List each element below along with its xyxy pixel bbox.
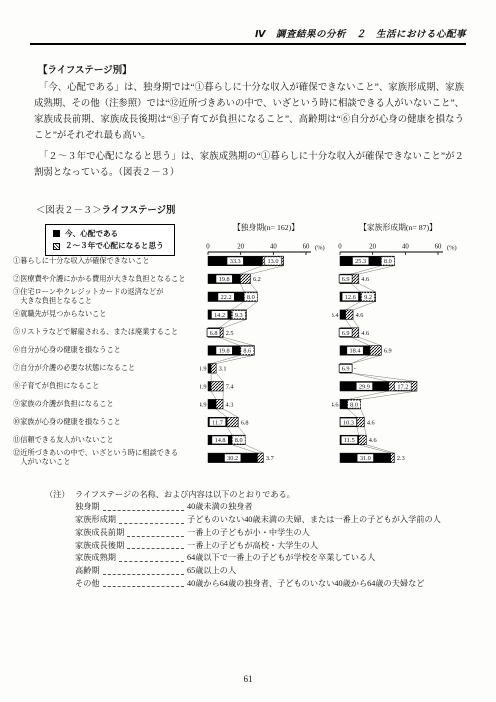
svg-text:(%): (%) [315, 244, 325, 251]
category-label: ⑪信頼できる友人がいないこと [12, 431, 200, 449]
figure-caption-title: ライフステージ別 [102, 204, 176, 215]
leader-line [119, 514, 184, 524]
chart-singles-period: 【独身期(n= 162)】 0204060(%)33.313.019.86.22… [200, 222, 332, 475]
bar-chart: 0204060(%)33.313.019.86.222.28.014.29.36… [200, 236, 332, 470]
svg-text:40: 40 [270, 243, 277, 250]
category-label: ⑫近所づきあいの中で、いざという時に相談できる 人がいないこと [12, 449, 200, 467]
category-label: ⑥自分が心身の健康を損なうこと [12, 341, 200, 359]
svg-text:9.3: 9.3 [235, 312, 243, 319]
svg-text:7.4: 7.4 [226, 383, 235, 390]
lifestage-term: 家族形成期 [75, 514, 116, 527]
leader-line [103, 501, 184, 511]
svg-text:6.2: 6.2 [253, 276, 261, 283]
svg-text:14.2: 14.2 [214, 312, 225, 319]
svg-text:60: 60 [303, 243, 310, 250]
svg-text:1.9: 1.9 [200, 383, 207, 390]
footnote-tag: （注） [45, 489, 75, 502]
svg-text:20: 20 [237, 243, 244, 250]
legend-label-now: 今、心配である [65, 228, 118, 240]
svg-text:4.3: 4.3 [226, 401, 234, 408]
lifestage-description: 40歳から64歳の独身者、子どものいない40歳から64歳の夫婦など [187, 578, 466, 591]
paragraph-2: 「２～３年で心配になると思う」は、家族成熟期の“①暮らしに十分な収入が確保できな… [34, 150, 464, 182]
svg-text:6.8: 6.8 [210, 330, 218, 337]
svg-text:12.6: 12.6 [345, 294, 356, 301]
lifestage-definition-row: 家族成長前期一番上の子どもが小・中学生の人 [75, 527, 466, 540]
svg-text:11.5: 11.5 [344, 437, 355, 444]
svg-text:6.9: 6.9 [342, 366, 350, 373]
chart-legend: 今、心配である ２～３年で心配になると思う [45, 224, 175, 256]
paragraph-1: 「今、心配である」は、独身期では“①暮らしに十分な収入が確保できないこと”、家族… [34, 81, 464, 145]
legend-solid-swatch-icon [53, 230, 60, 237]
legend-item-now: 今、心配である [53, 228, 164, 240]
leader-line [119, 552, 184, 562]
svg-text:19.8: 19.8 [219, 276, 230, 283]
leader-line [103, 565, 184, 575]
leader-line [103, 578, 184, 588]
lifestage-description: 64歳以下で一番上の子どもが学校を卒業している人 [187, 552, 466, 565]
legend-label-future: ２～３年で心配になると思う [65, 240, 164, 252]
lifestage-term: 家族成熟期 [75, 552, 116, 565]
report-page: Ⅳ 調査結果の分析 ２ 生活における心配事 【ライフステージ別】 「今、心配であ… [0, 0, 496, 702]
svg-text:25.3: 25.3 [355, 258, 366, 265]
svg-text:6.8: 6.8 [241, 419, 249, 426]
footnote-intro: （注） ライフステージの名称、および内容は以下のとおりである。 [45, 489, 466, 502]
svg-text:3.1: 3.1 [219, 366, 227, 373]
svg-text:4.6: 4.6 [369, 437, 377, 444]
category-label: ⑦自分が介護の必要な状態になること [12, 359, 200, 377]
svg-text:22.2: 22.2 [221, 294, 232, 301]
svg-text:0: 0 [338, 243, 342, 250]
figure-2-3: 今、心配である ２～３年で心配になると思う ①暮らしに十分な収入が確保できないこ… [12, 222, 496, 475]
lifestage-description: 65歳以上の人 [187, 565, 466, 578]
lifestage-term: 家族成長後期 [75, 540, 124, 553]
svg-text:19.8: 19.8 [219, 348, 230, 355]
leader-line [127, 540, 184, 550]
footnote-intro-text: ライフステージの名称、および内容は以下のとおりである。 [75, 489, 295, 502]
legend-hatch-swatch-icon [53, 243, 60, 250]
svg-text:20: 20 [369, 243, 376, 250]
category-label: ③住宅ローンやクレジットカードの返済などが 大きな負担となること [12, 288, 200, 306]
lifestage-definition-row: 独身期40歳未満の独身者 [75, 501, 466, 514]
chart-singles-plot: 0204060(%)33.313.019.86.222.28.014.29.36… [200, 236, 332, 475]
lifestage-description: 一番上の子どもが高校・大学生の人 [187, 540, 466, 553]
svg-text:10.3: 10.3 [343, 419, 354, 426]
leader-line [127, 527, 184, 537]
lifestage-description: 子どものいない40歳未満の夫婦、または一番上の子どもが入学前の人 [187, 514, 466, 527]
svg-text:4.6: 4.6 [332, 401, 339, 408]
category-labels: ①暮らしに十分な収入が確保できないこと②医療費や介護にかかる費用が大きな負担とな… [12, 222, 200, 467]
svg-text:29.9: 29.9 [359, 383, 370, 390]
svg-text:40: 40 [402, 243, 409, 250]
lifestage-definition-row: その他40歳から64歳の独身者、子どものいない40歳から64歳の夫婦など [75, 578, 466, 591]
svg-text:18.4: 18.4 [350, 348, 362, 355]
lifestage-description: 40歳未満の独身者 [187, 501, 466, 514]
svg-text:11.7: 11.7 [212, 419, 223, 426]
svg-text:8.0: 8.0 [350, 401, 358, 408]
svg-text:4.6: 4.6 [361, 330, 369, 337]
svg-text:31.0: 31.0 [360, 455, 371, 462]
svg-text:30.2: 30.2 [227, 455, 238, 462]
svg-text:4.9: 4.9 [200, 401, 207, 408]
svg-text:0: 0 [206, 243, 210, 250]
section-heading: 【ライフステージ別】 [38, 62, 496, 76]
svg-text:6.9: 6.9 [342, 330, 350, 337]
footnote: （注） ライフステージの名称、および内容は以下のとおりである。 独身期40歳未満… [45, 489, 466, 591]
svg-text:8.6: 8.6 [243, 348, 251, 355]
svg-text:13.0: 13.0 [268, 258, 279, 265]
chart-singles-title: 【独身期(n= 162)】 [200, 222, 332, 236]
figure-caption-prefix: ＜図表２－３＞ [36, 206, 102, 216]
chart-family-title: 【家族形成期(n= 87)】 [332, 222, 464, 236]
svg-text:2.3: 2.3 [397, 455, 405, 462]
svg-text:6.9: 6.9 [342, 276, 350, 283]
lifestage-definition-row: 家族成長後期一番上の子どもが高校・大学生の人 [75, 540, 466, 553]
svg-text:1.9: 1.9 [200, 366, 207, 373]
chart-family-formation: 【家族形成期(n= 87)】 0204060(%)25.38.06.94.612… [332, 222, 464, 475]
lifestage-description: 一番上の子どもが小・中学生の人 [187, 527, 466, 540]
category-label: ⑤リストラなどで解雇される、または廃業すること [12, 323, 200, 341]
category-label: ②医療費や介護にかかる費用が大きな負担となること [12, 270, 200, 288]
category-label: ⑩家族が心身の健康を損なうこと [12, 413, 200, 431]
svg-text:4.6: 4.6 [361, 276, 369, 283]
svg-text:6.9: 6.9 [384, 348, 392, 355]
svg-text:3.7: 3.7 [266, 455, 274, 462]
page-header: Ⅳ 調査結果の分析 ２ 生活における心配事 [30, 26, 466, 40]
svg-text:9.2: 9.2 [364, 294, 372, 301]
bar-chart: 0204060(%)25.38.06.94.612.69.23.44.66.94… [332, 236, 464, 470]
lifestage-term: 独身期 [75, 501, 100, 514]
lifestage-definition-row: 高齢期65歳以上の人 [75, 565, 466, 578]
lifestage-term: 高齢期 [75, 565, 100, 578]
category-label: ⑨家族の介護が負担になること [12, 395, 200, 413]
category-label: ④就職先が見つからないこと [12, 306, 200, 324]
svg-text:14.8: 14.8 [215, 437, 226, 444]
svg-text:8.0: 8.0 [235, 437, 243, 444]
page-number: 61 [0, 674, 496, 684]
lifestage-definition-row: 家族成熟期64歳以下で一番上の子どもが学校を卒業している人 [75, 552, 466, 565]
svg-text:4.6: 4.6 [367, 419, 375, 426]
category-label: ⑧子育てが負担になること [12, 377, 200, 395]
chart-family-plot: 0204060(%)25.38.06.94.612.69.23.44.66.94… [332, 236, 464, 475]
svg-text:3.4: 3.4 [332, 312, 339, 319]
lifestage-definition-row: 家族形成期子どものいない40歳未満の夫婦、または一番上の子どもが入学前の人 [75, 514, 466, 527]
svg-text:4.6: 4.6 [356, 312, 364, 319]
legend-item-future: ２～３年で心配になると思う [53, 240, 164, 252]
svg-text:-: - [354, 366, 356, 373]
header-title: Ⅳ 調査結果の分析 ２ 生活における心配事 [255, 29, 466, 40]
svg-text:17.2: 17.2 [397, 383, 408, 390]
svg-text:(%): (%) [447, 244, 457, 251]
svg-text:60: 60 [435, 243, 442, 250]
lifestage-definitions: 独身期40歳未満の独身者家族形成期子どものいない40歳未満の夫婦、または一番上の… [45, 501, 466, 590]
svg-text:8.0: 8.0 [247, 294, 255, 301]
figure-caption: ＜図表２－３＞ライフステージ別 [36, 202, 496, 216]
lifestage-term: 家族成長前期 [75, 527, 124, 540]
header-rule [30, 43, 466, 45]
lifestage-term: その他 [75, 578, 100, 591]
svg-text:33.3: 33.3 [230, 258, 241, 265]
svg-text:8.0: 8.0 [384, 258, 392, 265]
svg-text:2.5: 2.5 [226, 330, 234, 337]
